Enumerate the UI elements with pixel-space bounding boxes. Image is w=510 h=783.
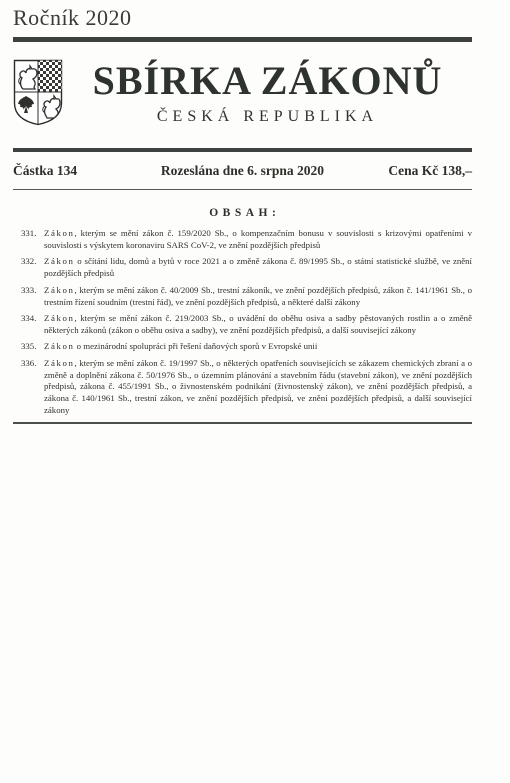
item-text: o sčítání lidu, domů a bytů v roce 2021 … — [44, 256, 472, 278]
price: Cena Kč 138,– — [388, 163, 472, 179]
contents-item: 333.Zákon, kterým se mění zákon č. 40/20… — [13, 285, 472, 309]
item-text: , kterým se mění zákon č. 159/2020 Sb., … — [44, 228, 472, 250]
item-number: 334. — [21, 313, 36, 325]
masthead-divider — [13, 148, 472, 152]
item-lead-word: Zákon — [44, 285, 74, 295]
contents-item: 336.Zákon, kterým se mění zákon č. 19/19… — [13, 358, 472, 418]
issue-bar: Částka 134 Rozeslána dne 6. srpna 2020 C… — [13, 163, 472, 179]
contents-list: 331.Zákon, kterým se mění zákon č. 159/2… — [13, 228, 472, 417]
item-lead-word: Zákon — [44, 313, 74, 323]
page-content: Ročník 2020 — [13, 0, 472, 424]
item-text: , kterým se mění zákon č. 219/2003 Sb., … — [44, 313, 472, 335]
page: Ročník 2020 — [0, 0, 510, 783]
item-number: 331. — [21, 228, 36, 240]
masthead-text: SBÍRKA ZÁKONŮ ČESKÁ REPUBLIKA — [63, 59, 472, 126]
item-lead-word: Zákon — [44, 358, 74, 368]
item-lead-word: Zákon — [44, 228, 74, 238]
contents-item: 334.Zákon, kterým se mění zákon č. 219/2… — [13, 313, 472, 337]
item-number: 336. — [21, 358, 36, 370]
masthead-subtitle: ČESKÁ REPUBLIKA — [63, 108, 472, 126]
item-text: , kterým se mění zákon č. 40/2009 Sb., t… — [44, 285, 472, 307]
item-lead-word: Zákon — [44, 341, 74, 351]
edition-year: Ročník 2020 — [13, 5, 472, 31]
contents-item: 332.Zákon o sčítání lidu, domů a bytů v … — [13, 256, 472, 280]
item-lead-word: Zákon — [44, 256, 74, 266]
item-text: , kterým se mění zákon č. 19/1997 Sb., o… — [44, 358, 472, 416]
contents-end-divider — [13, 422, 472, 424]
contents-item: 335.Zákon o mezinárodní spolupráci při ř… — [13, 341, 472, 353]
contents-item: 331.Zákon, kterým se mění zákon č. 159/2… — [13, 228, 472, 252]
distribution-date: Rozeslána dne 6. srpna 2020 — [161, 163, 324, 179]
top-divider — [13, 37, 472, 42]
item-number: 333. — [21, 285, 36, 297]
issue-number: Částka 134 — [13, 163, 77, 179]
item-text: o mezinárodní spolupráci při řešení daňo… — [74, 341, 317, 351]
item-number: 332. — [21, 256, 36, 268]
masthead: SBÍRKA ZÁKONŮ ČESKÁ REPUBLIKA — [13, 59, 472, 131]
czech-coat-of-arms-icon — [13, 59, 63, 131]
masthead-title: SBÍRKA ZÁKONŮ — [63, 61, 472, 101]
issue-bar-divider — [13, 189, 472, 190]
contents-heading: OBSAH: — [13, 207, 472, 219]
item-number: 335. — [21, 341, 36, 353]
